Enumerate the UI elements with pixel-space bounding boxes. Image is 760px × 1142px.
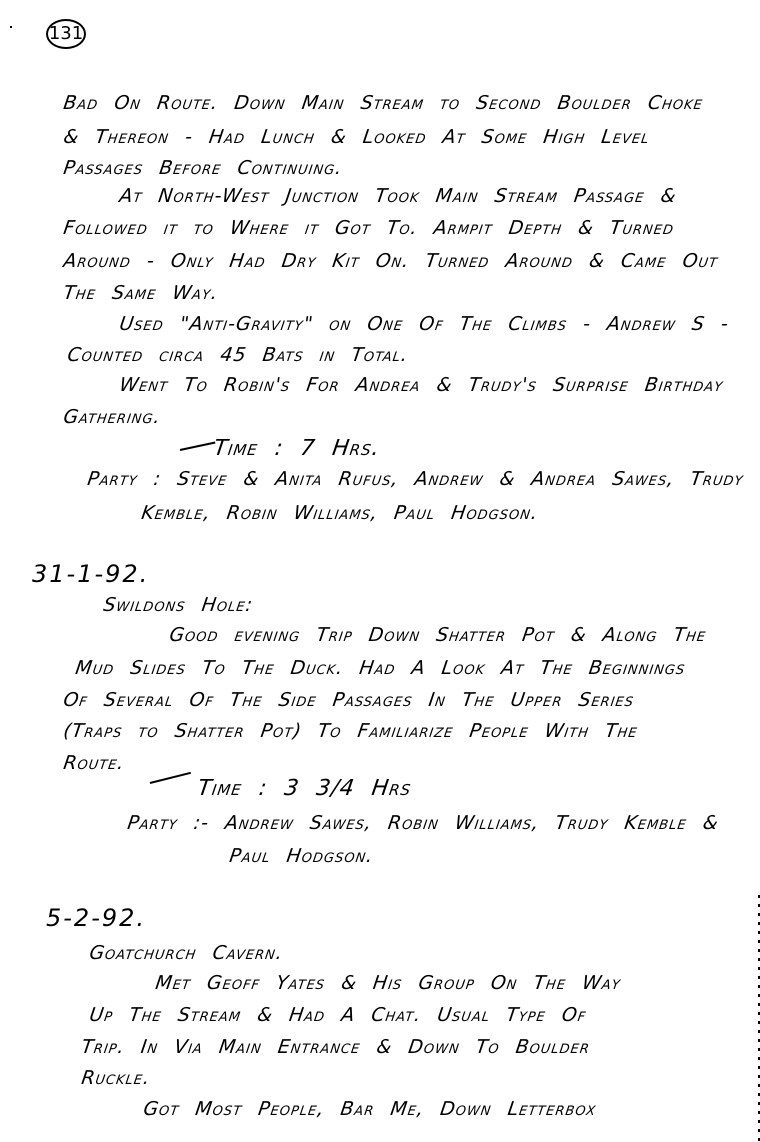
entry-line: (Traps to Shatter Pot) To Familiarize Pe… [62,720,639,742]
entry-date: 5-2-92. [46,904,146,932]
entry-line: Up The Stream & Had A Chat. Usual Type O… [88,1004,588,1026]
entry-line: Around - Only Had Dry Kit On. Turned Aro… [62,250,720,272]
entry-line: Passages Before Continuing. [62,157,344,179]
party-line: Kemble, Robin Williams, Paul Hodgson. [140,502,540,524]
entry-line: Trip. In Via Main Entrance & Down To Bou… [80,1036,592,1058]
entry-line: Used "Anti-Gravity" on One Of The Climbs… [118,313,731,335]
arrow-mark [150,772,191,784]
entry-line: Got Most People, Bar Me, Down Letterbox [142,1098,598,1120]
entry-line: Bad On Route. Down Main Stream to Second… [62,92,705,114]
entry-date: 31-1-92. [32,560,149,588]
entry-line: Followed it to Where it Got To. Armpit D… [62,217,676,239]
entry-line: At North-West Junction Took Main Stream … [118,185,678,207]
party-line: Party : Steve & Anita Rufus, Andrew & An… [86,468,745,490]
cave-location: Goatchurch Cavern. [88,942,285,964]
party-line: Party :- Andrew Sawes, Robin Williams, T… [126,812,720,834]
entry-line: Route. [62,752,126,774]
arrow-mark [180,442,216,451]
entry-line: The Same Way. [62,282,220,304]
entry-line: Counted circa 45 Bats in Total. [66,344,410,366]
entry-line: Gathering. [62,406,162,428]
scan-speck [10,26,12,28]
entry-line: Went To Robin's For Andrea & Trudy's Sur… [118,374,725,396]
journal-page: 131 Bad On Route. Down Main Stream to Se… [0,0,760,1142]
page-number: 131 [46,19,86,49]
trip-time: Time : 7 Hrs. [212,436,382,461]
entry-line: Good evening Trip Down Shatter Pot & Alo… [168,624,708,646]
trip-time: Time : 3 3/4 Hrs [196,776,413,801]
entry-line: Of Several Of The Side Passages In The U… [62,689,636,711]
entry-line: Ruckle. [80,1067,152,1089]
entry-line: & Thereon - Had Lunch & Looked At Some H… [62,126,651,148]
cave-location: Swildons Hole: [102,594,255,616]
party-line: Paul Hodgson. [228,845,375,867]
entry-line: Mud Slides To The Duck. Had A Look At Th… [74,657,687,679]
entry-line: Met Geoff Yates & His Group On The Way [154,972,622,994]
